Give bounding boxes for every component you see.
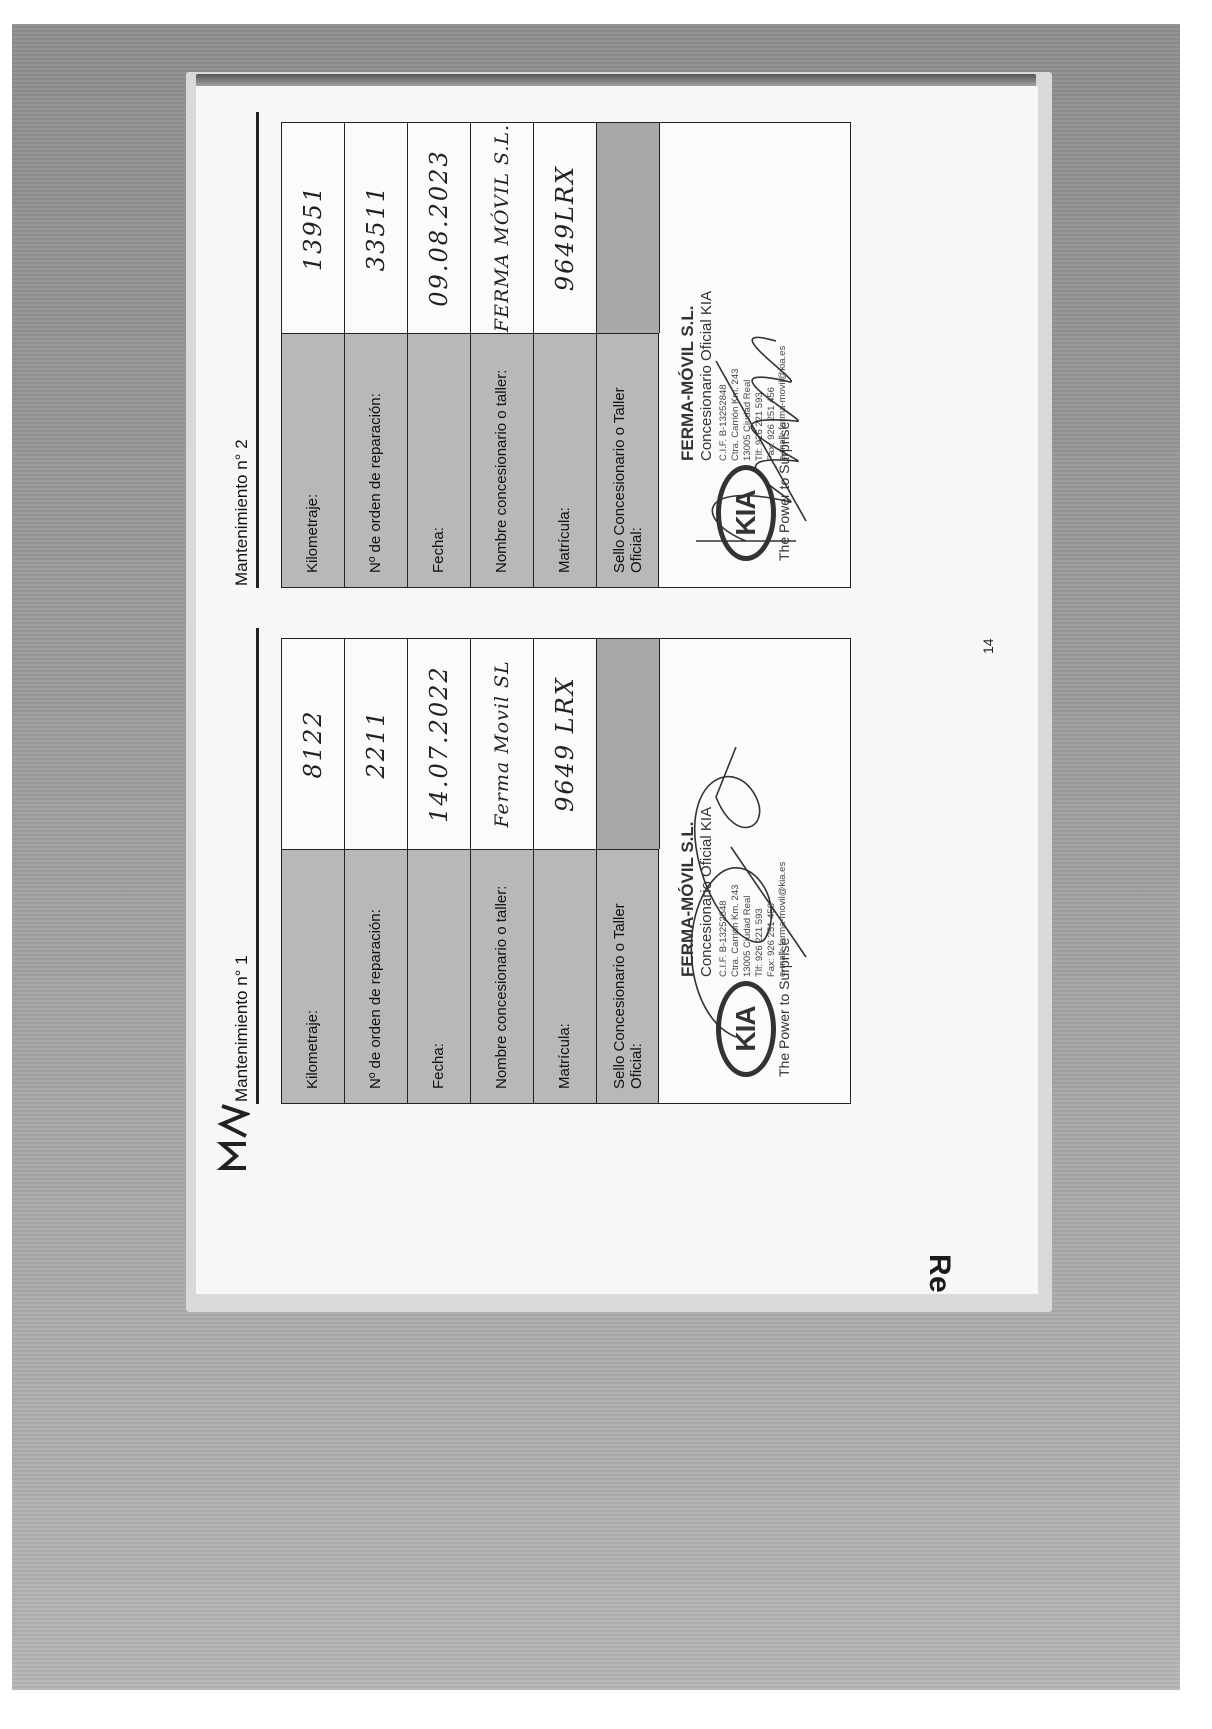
- stamp-info-line: Tlf: 926 221 593: [754, 346, 766, 461]
- field-label: Kilometraje:: [282, 333, 344, 587]
- field-label: Fecha:: [408, 333, 470, 587]
- stamp-info-line: Ctra. Carrión Km. 243: [730, 346, 742, 461]
- stamp-info-line: C.I.F. B-13252848: [718, 346, 730, 461]
- page-content-rotated: Registro de mantenimiento Mantenimiento …: [196, 86, 1038, 1294]
- stamp-company: FERMA-MÓVIL S.L.: [678, 305, 698, 461]
- stamp-info-line: Ctra. Carrión Km. 243: [730, 862, 742, 977]
- field-value-matricula: 9649 LRX: [534, 639, 596, 849]
- field-label: Nº de orden de reparación:: [345, 849, 407, 1103]
- field-row-orden: Nº de orden de reparación: 2211: [345, 639, 408, 1103]
- field-label: Nombre concesionario o taller:: [471, 849, 533, 1103]
- field-value-concesionario: FERMA MÓVIL S.L.: [471, 123, 533, 333]
- stamp-info: C.I.F. B-13252848 Ctra. Carrión Km. 243 …: [718, 346, 789, 461]
- field-label: Matrícula:: [534, 849, 596, 1103]
- stamp-header-filler: [597, 123, 660, 333]
- stamp-header-row: Sello Concesionario o Taller Oficial:: [597, 639, 660, 1103]
- field-row-fecha: Fecha: 09.08.2023: [408, 123, 471, 587]
- field-value-fecha: 09.08.2023: [408, 123, 470, 333]
- field-row-concesionario: Nombre concesionario o taller: Ferma Mov…: [471, 639, 534, 1103]
- field-row-matricula: Matrícula: 9649 LRX: [534, 639, 597, 1103]
- stamp-info-line: e-mail: ferma-movil@kia.es: [777, 862, 789, 977]
- maintenance-record-1: Mantenimiento n° 1 Kilometraje: 8122 Nº …: [232, 628, 851, 1104]
- stamp-info-line: Fax: 926 251 456: [766, 862, 778, 977]
- stamp-info: C.I.F. B-13252848 Ctra. Carrión Km. 243 …: [718, 862, 789, 977]
- field-row-kilometraje: Kilometraje: 13951: [282, 123, 345, 587]
- field-row-concesionario: Nombre concesionario o taller: FERMA MÓV…: [471, 123, 534, 587]
- stamp-area: KIA The Power to Surprise FERMA-MÓVIL S.…: [660, 123, 850, 587]
- stamp-info-line: 13005 Ciudad Real: [742, 862, 754, 977]
- kia-oval-logo-icon: KIA: [716, 981, 776, 1077]
- stamp-dealer: Concesionario Oficial KIA: [698, 807, 715, 977]
- page-title: Registro de mantenimiento: [922, 1254, 956, 1294]
- stamp-info-line: Fax: 926 251 456: [766, 346, 778, 461]
- page-number: 14: [980, 638, 996, 654]
- stamp-company: FERMA-MÓVIL S.L.: [678, 821, 698, 977]
- field-label: Kilometraje:: [282, 849, 344, 1103]
- stamp-info-line: 13005 Ciudad Real: [742, 346, 754, 461]
- field-row-kilometraje: Kilometraje: 8122: [282, 639, 345, 1103]
- stamp-info-line: e-mail: ferma-movil@kia.es: [777, 346, 789, 461]
- record-table: Kilometraje: 8122 Nº de orden de reparac…: [281, 638, 851, 1104]
- stamp-header-filler: [597, 639, 660, 849]
- field-value-kilometraje: 13951: [282, 123, 344, 333]
- field-label: Nombre concesionario o taller:: [471, 333, 533, 587]
- dealer-stamp: KIA The Power to Surprise FERMA-MÓVIL S.…: [676, 657, 826, 1077]
- field-value-orden: 2211: [345, 639, 407, 849]
- stamp-label: Sello Concesionario o Taller Oficial:: [597, 333, 659, 587]
- field-value-fecha: 14.07.2022: [408, 639, 470, 849]
- field-row-fecha: Fecha: 14.07.2022: [408, 639, 471, 1103]
- field-label: Fecha:: [408, 849, 470, 1103]
- record-title: Mantenimiento n° 2: [232, 112, 259, 588]
- maintenance-record-2: Mantenimiento n° 2 Kilometraje: 13951 Nº…: [232, 112, 851, 588]
- record-table: Kilometraje: 13951 Nº de orden de repara…: [281, 122, 851, 588]
- field-value-orden: 33511: [345, 123, 407, 333]
- stamp-dealer: Concesionario Oficial KIA: [698, 291, 715, 461]
- field-value-concesionario: Ferma Movil SL: [471, 639, 533, 849]
- stamp-label: Sello Concesionario o Taller Oficial:: [597, 849, 659, 1103]
- field-row-matricula: Matrícula: 9649LRX: [534, 123, 597, 587]
- stamp-info-line: Tlf: 926 221 593: [754, 862, 766, 977]
- field-label: Nº de orden de reparación:: [345, 333, 407, 587]
- stamp-header-row: Sello Concesionario o Taller Oficial:: [597, 123, 660, 587]
- stamp-area: KIA The Power to Surprise FERMA-MÓVIL S.…: [660, 639, 850, 1103]
- field-row-orden: Nº de orden de reparación: 33511: [345, 123, 408, 587]
- kia-oval-logo-icon: KIA: [716, 465, 776, 561]
- field-value-matricula: 9649LRX: [534, 123, 596, 333]
- field-value-kilometraje: 8122: [282, 639, 344, 849]
- record-title: Mantenimiento n° 1: [232, 628, 259, 1104]
- kia-logo-icon: [216, 1102, 250, 1172]
- dealer-stamp: KIA The Power to Surprise FERMA-MÓVIL S.…: [676, 141, 826, 561]
- maintenance-booklet-page: Registro de mantenimiento Mantenimiento …: [196, 86, 1038, 1294]
- stamp-info-line: C.I.F. B-13252848: [718, 862, 730, 977]
- field-label: Matrícula:: [534, 333, 596, 587]
